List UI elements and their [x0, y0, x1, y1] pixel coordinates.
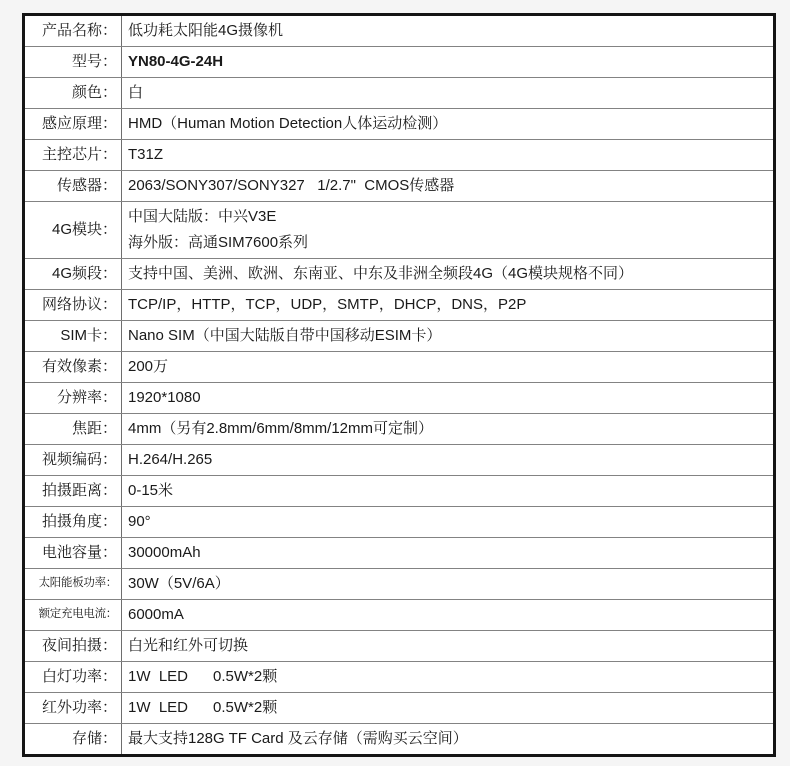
- row-value: Nano SIM（中国大陆版自带中国移动ESIM卡）: [122, 321, 773, 351]
- row-value: 90°: [122, 507, 773, 537]
- row-label: 白灯功率：: [25, 662, 122, 692]
- table-row: 存储： 最大支持128G TF Card 及云存储（需购买云空间）: [25, 724, 773, 754]
- table-row: 电池容量： 30000mAh: [25, 538, 773, 569]
- table-row: 红外功率： 1W LED 0.5W*2颗: [25, 693, 773, 724]
- row-label: 红外功率：: [25, 693, 122, 723]
- row-label: SIM卡：: [25, 321, 122, 351]
- row-value: 0-15米: [122, 476, 773, 506]
- table-row: 额定充电电流： 6000mA: [25, 600, 773, 631]
- row-value: 中国大陆版：中兴V3E 海外版：高通SIM7600系列: [122, 202, 773, 258]
- table-row: 太阳能板功率： 30W（5V/6A）: [25, 569, 773, 600]
- row-label: 型号：: [25, 47, 122, 77]
- row-label: 额定充电电流：: [25, 600, 122, 630]
- table-row: 焦距： 4mm（另有2.8mm/6mm/8mm/12mm可定制）: [25, 414, 773, 445]
- row-value: 2063/SONY307/SONY327 1/2.7" CMOS传感器: [122, 171, 773, 201]
- row-value: 白光和红外可切换: [122, 631, 773, 661]
- table-row: 视频编码： H.264/H.265: [25, 445, 773, 476]
- row-value: TCP/IP，HTTP，TCP，UDP，SMTP，DHCP，DNS，P2P: [122, 290, 773, 320]
- table-row: 拍摄距离： 0-15米: [25, 476, 773, 507]
- row-value: 1W LED 0.5W*2颗: [122, 662, 773, 692]
- row-label: 视频编码：: [25, 445, 122, 475]
- row-label: 产品名称：: [25, 16, 122, 46]
- table-row: 有效像素： 200万: [25, 352, 773, 383]
- row-label: 颜色：: [25, 78, 122, 108]
- table-row: 感应原理： HMD（Human Motion Detection人体运动检测）: [25, 109, 773, 140]
- row-value: YN80-4G-24H: [122, 47, 773, 77]
- row-value: 6000mA: [122, 600, 773, 630]
- row-label: 感应原理：: [25, 109, 122, 139]
- table-row: 分辨率： 1920*1080: [25, 383, 773, 414]
- row-label: 拍摄角度：: [25, 507, 122, 537]
- row-label: 有效像素：: [25, 352, 122, 382]
- table-row: SIM卡： Nano SIM（中国大陆版自带中国移动ESIM卡）: [25, 321, 773, 352]
- row-label: 4G频段：: [25, 259, 122, 289]
- row-value: 最大支持128G TF Card 及云存储（需购买云空间）: [122, 724, 773, 754]
- table-row: 传感器： 2063/SONY307/SONY327 1/2.7" CMOS传感器: [25, 171, 773, 202]
- table-row: 白灯功率： 1W LED 0.5W*2颗: [25, 662, 773, 693]
- row-value: 200万: [122, 352, 773, 382]
- row-label: 太阳能板功率：: [25, 569, 122, 599]
- table-row: 网络协议： TCP/IP，HTTP，TCP，UDP，SMTP，DHCP，DNS，…: [25, 290, 773, 321]
- row-value: 白: [122, 78, 773, 108]
- table-row: 型号： YN80-4G-24H: [25, 47, 773, 78]
- row-label: 存储：: [25, 724, 122, 754]
- table-row: 颜色： 白: [25, 78, 773, 109]
- row-value: 30W（5V/6A）: [122, 569, 773, 599]
- row-label: 传感器：: [25, 171, 122, 201]
- row-value: 1W LED 0.5W*2颗: [122, 693, 773, 723]
- row-label: 夜间拍摄：: [25, 631, 122, 661]
- row-label: 4G模块：: [25, 202, 122, 258]
- row-label: 网络协议：: [25, 290, 122, 320]
- row-value: H.264/H.265: [122, 445, 773, 475]
- table-row: 主控芯片： T31Z: [25, 140, 773, 171]
- row-value: 低功耗太阳能4G摄像机: [122, 16, 773, 46]
- table-row: 拍摄角度： 90°: [25, 507, 773, 538]
- row-value: 1920*1080: [122, 383, 773, 413]
- row-label: 主控芯片：: [25, 140, 122, 170]
- row-value: HMD（Human Motion Detection人体运动检测）: [122, 109, 773, 139]
- row-value: 支持中国、美洲、欧洲、东南亚、中东及非洲全频段4G（4G模块规格不同）: [122, 259, 773, 289]
- table-row: 夜间拍摄： 白光和红外可切换: [25, 631, 773, 662]
- row-value: T31Z: [122, 140, 773, 170]
- row-label: 分辨率：: [25, 383, 122, 413]
- row-label: 焦距：: [25, 414, 122, 444]
- row-value: 30000mAh: [122, 538, 773, 568]
- row-label: 电池容量：: [25, 538, 122, 568]
- row-label: 拍摄距离：: [25, 476, 122, 506]
- table-row: 4G模块： 中国大陆版：中兴V3E 海外版：高通SIM7600系列: [25, 202, 773, 259]
- row-value: 4mm（另有2.8mm/6mm/8mm/12mm可定制）: [122, 414, 773, 444]
- table-row: 4G频段： 支持中国、美洲、欧洲、东南亚、中东及非洲全频段4G（4G模块规格不同…: [25, 259, 773, 290]
- table-row: 产品名称： 低功耗太阳能4G摄像机: [25, 16, 773, 47]
- product-spec-table: 产品名称： 低功耗太阳能4G摄像机 型号： YN80-4G-24H 颜色： 白 …: [22, 13, 776, 757]
